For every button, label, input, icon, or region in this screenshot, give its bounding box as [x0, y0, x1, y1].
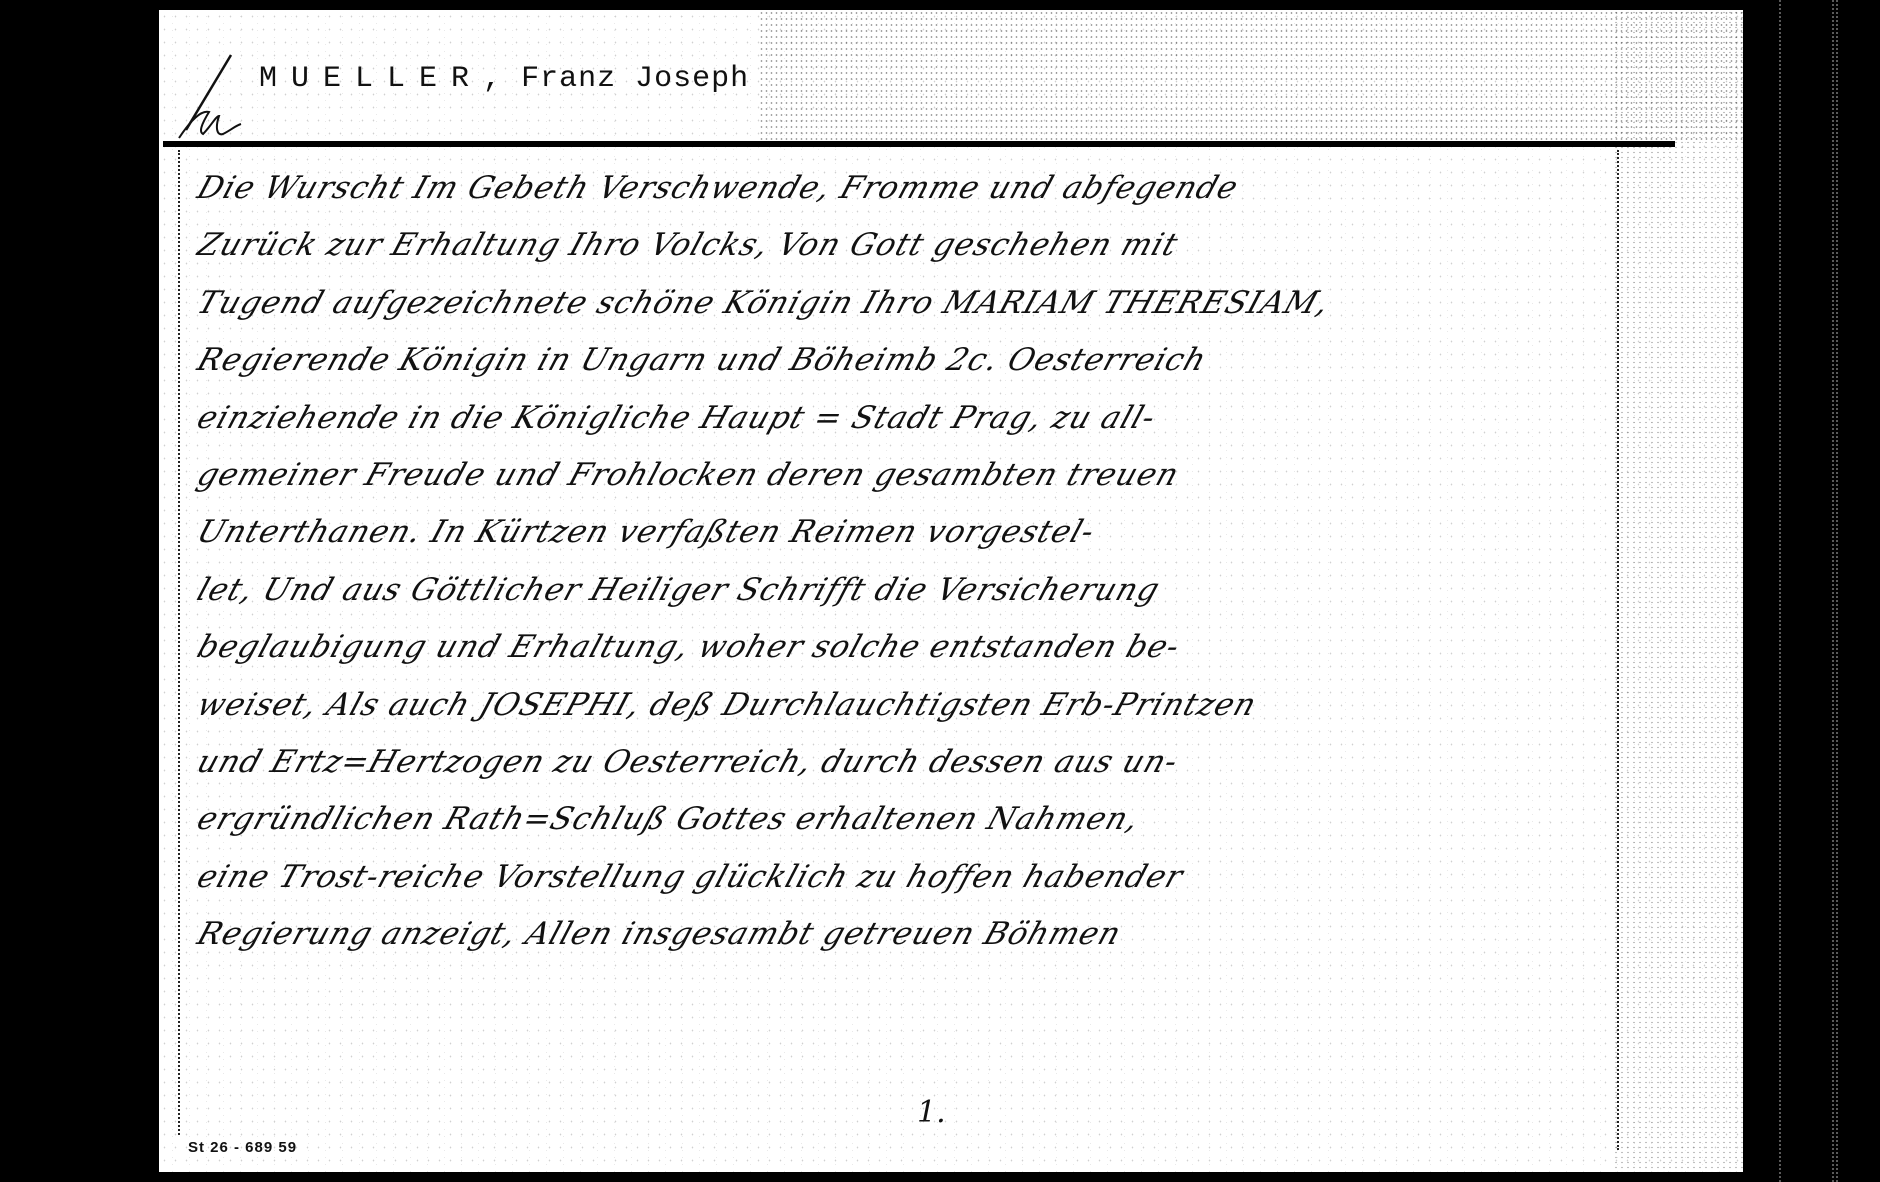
document-page: MUELLER, Franz Joseph Die Wurscht Im Geb…	[159, 10, 1743, 1172]
archive-reference-code: St 26 - 689 59	[188, 1139, 297, 1156]
name-separator: ,	[483, 62, 502, 96]
record-name-header: MUELLER, Franz Joseph	[259, 62, 749, 96]
scan-edge-artifact	[1832, 0, 1834, 1182]
text-line: Regierung anzeigt, Allen insgesambt getr…	[189, 906, 1628, 963]
text-line: gemeiner Freude und Frohlocken deren ges…	[189, 447, 1628, 504]
text-line: einziehende in die Königliche Haupt = St…	[189, 390, 1628, 447]
scan-noise-right	[1613, 10, 1743, 1172]
text-line: Regierende Königin in Ungarn und Böheimb…	[189, 332, 1628, 389]
text-line: Die Wurscht Im Gebeth Verschwende, Fromm…	[189, 160, 1628, 217]
text-line: beglaubigung und Erhaltung, woher solche…	[189, 619, 1628, 676]
text-line: ergründlichen Rath=Schluß Gottes erhalte…	[189, 791, 1628, 848]
text-line: weiset, Als auch JOSEPHI, deß Durchlauch…	[189, 677, 1628, 734]
text-line: Tugend aufgezeichnete schöne Königin Ihr…	[189, 275, 1628, 332]
initials-mark-icon	[171, 50, 251, 140]
scan-edge-artifact	[1836, 0, 1838, 1182]
handwritten-text: Die Wurscht Im Gebeth Verschwende, Fromm…	[189, 160, 1609, 963]
text-line: Zurück zur Erhaltung Ihro Volcks, Von Go…	[189, 217, 1628, 274]
scan-noise-top	[759, 10, 1743, 140]
page-number: 1.	[917, 1095, 946, 1130]
text-line: let, Und aus Göttlicher Heiliger Schriff…	[189, 562, 1628, 619]
text-line: und Ertz=Hertzogen zu Oesterreich, durch…	[189, 734, 1628, 791]
scan-edge-artifact	[1779, 0, 1781, 1182]
given-names: Franz Joseph	[521, 62, 749, 96]
text-line: eine Trost-reiche Vorstellung glücklich …	[189, 849, 1628, 906]
text-line: Unterthanen. In Kürtzen verfaßten Reimen…	[189, 504, 1628, 561]
surname: MUELLER	[259, 62, 483, 96]
left-margin-line	[178, 150, 180, 1135]
header-rule	[163, 141, 1675, 147]
